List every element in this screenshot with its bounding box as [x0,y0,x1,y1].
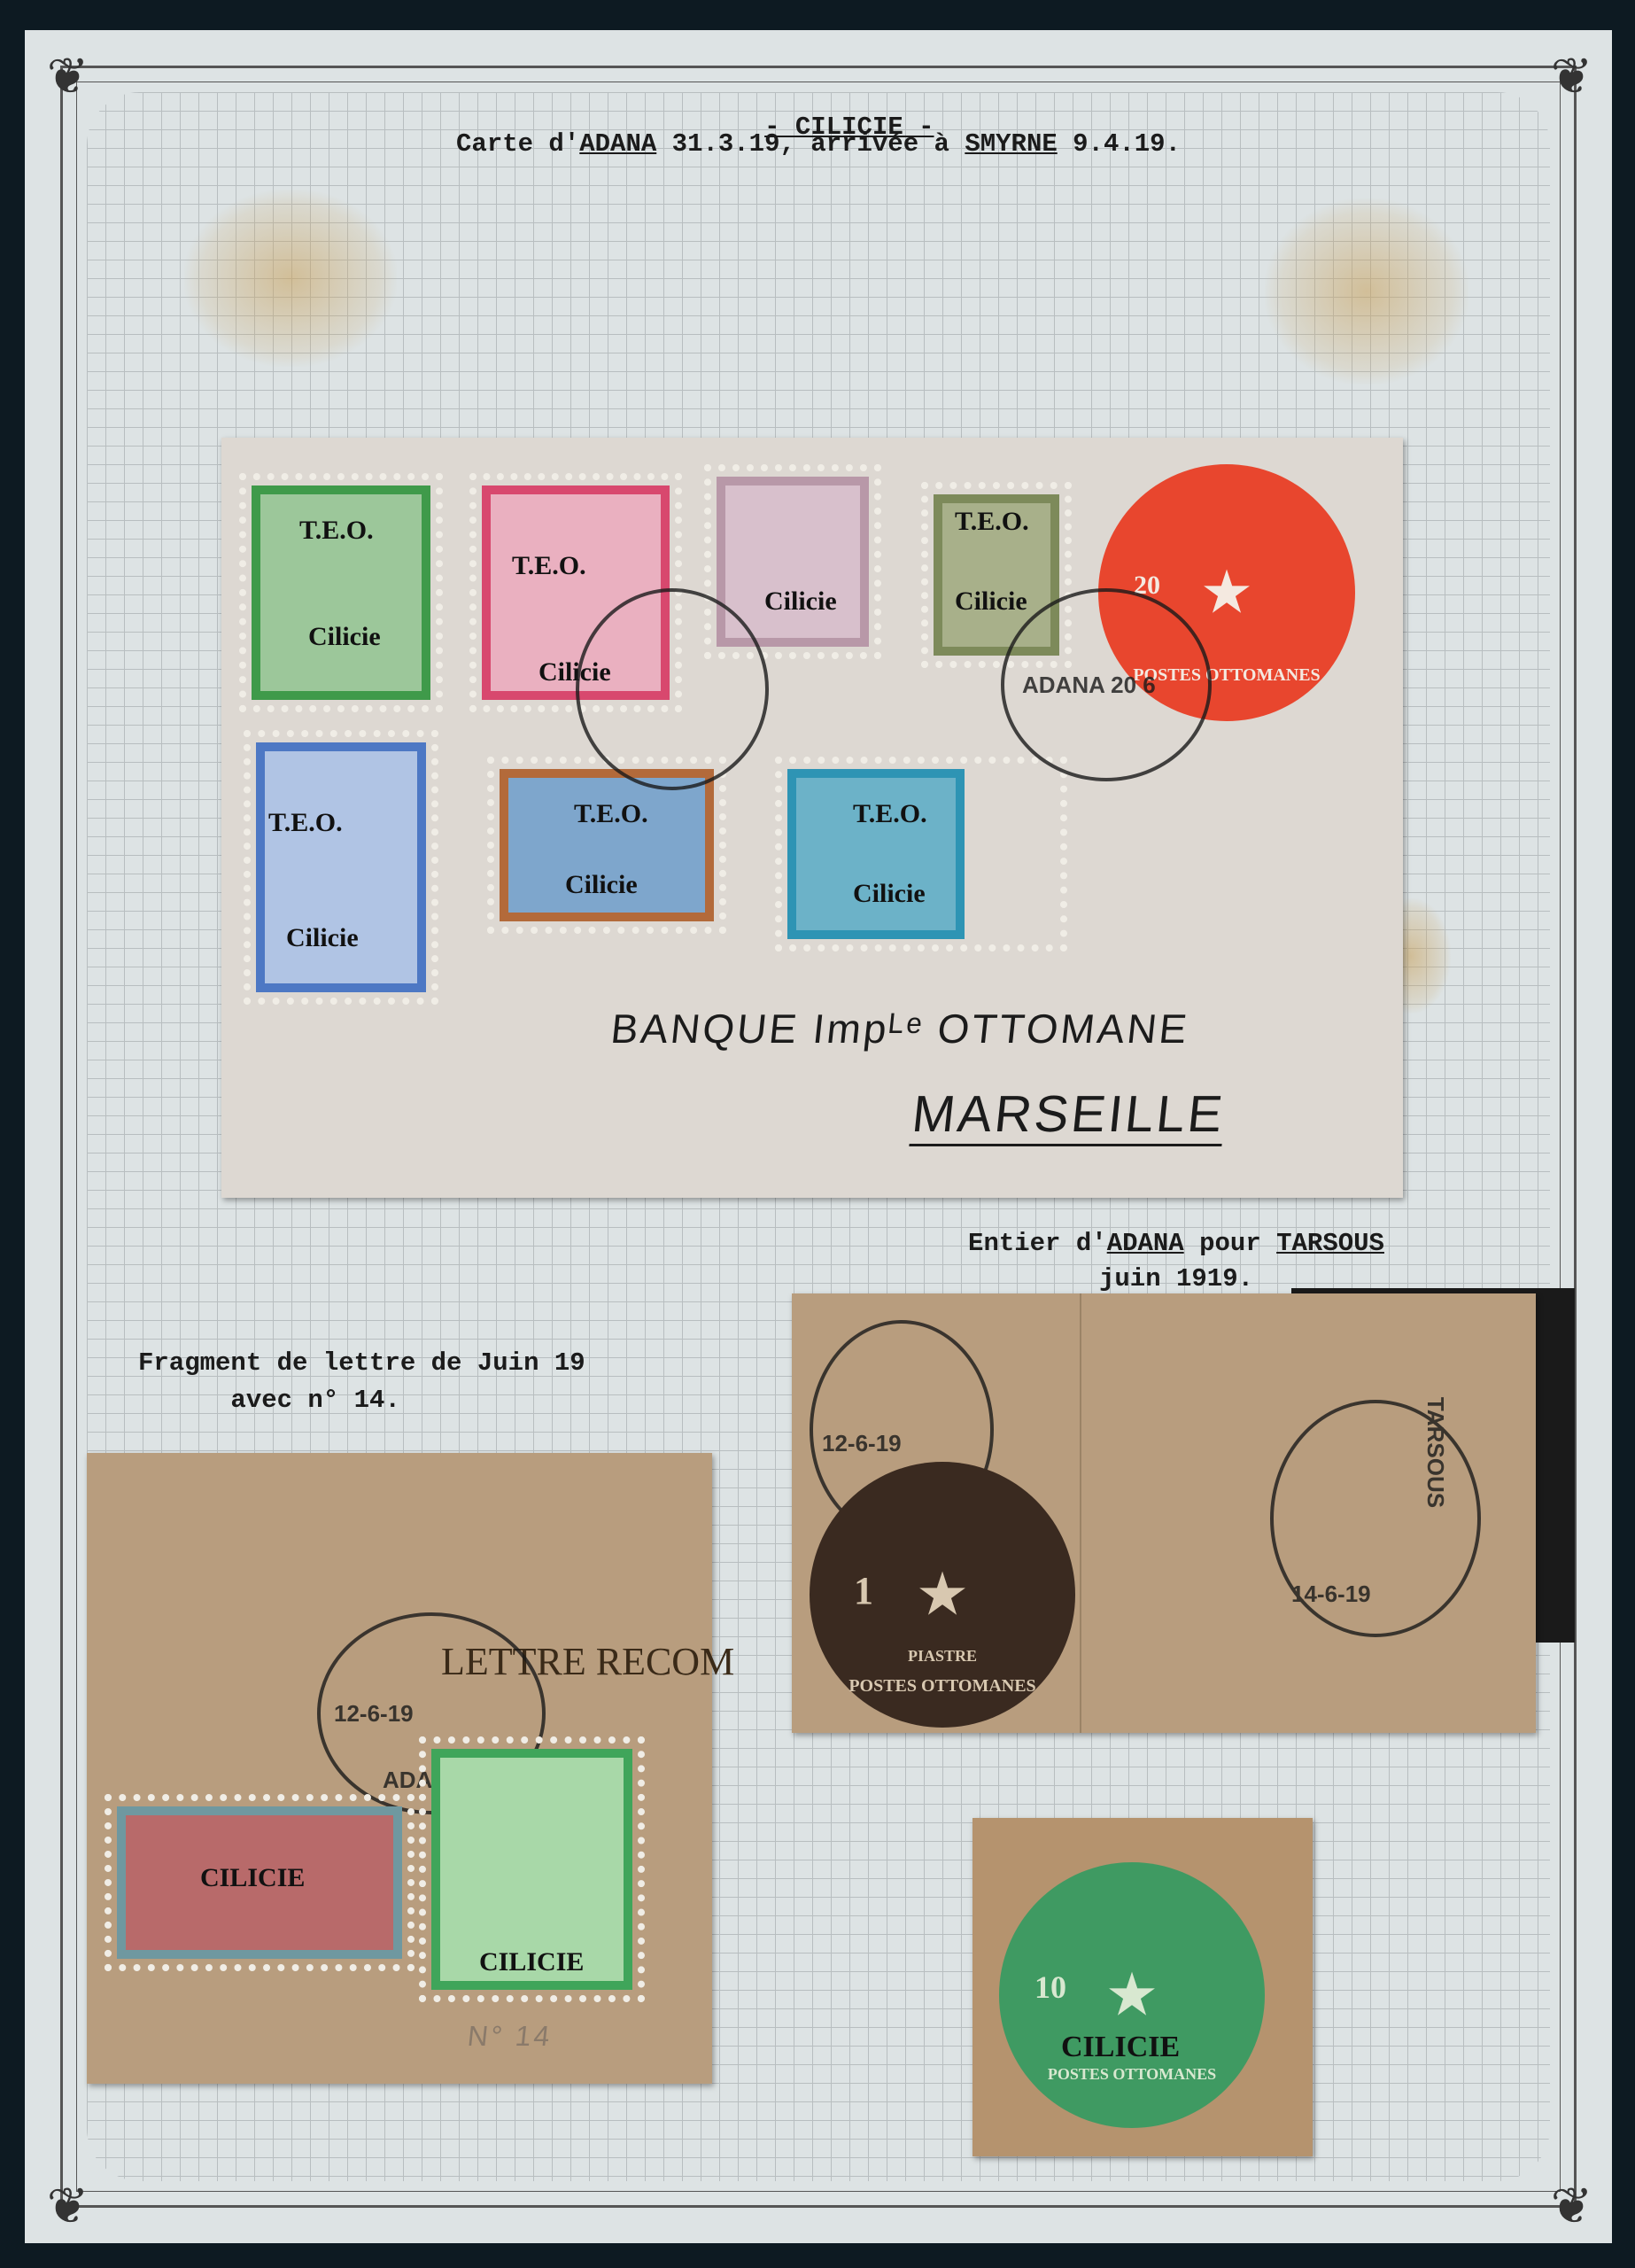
cover-envelope: T.E.O. Cilicie T.E.O. Cilicie Cilicie T.… [221,438,1403,1198]
fold-line [1080,1293,1081,1733]
foxing-stain [184,190,397,367]
stamp: T.E.O. Cilicie [239,473,443,712]
entire-fragment: 12-6-19 ★ 1 PIASTRE POSTES OTTOMANES 14-… [792,1293,1536,1733]
album-page: ❦ ❦ ❦ ❦ - CILICIE - Carte d'ADANA 31.3.1… [25,30,1612,2243]
pencil-note: N° 14 [466,2020,554,2053]
postmark: ADANA 20 6 [1001,588,1212,781]
foxing-stain [1265,198,1468,384]
postmark: 14-6-19 TARSOUS [1270,1400,1481,1637]
address-line-2: MARSEILLE [909,1084,1228,1146]
stationery-stamp: ★ 1 PIASTRE POSTES OTTOMANES [810,1462,1075,1728]
stamp: CILICIE [419,1736,645,2002]
corner-ornament-icon: ❦ [27,2162,106,2241]
page-subtitle: Carte d'ADANA 31.3.19, arrivée à SMYRNE … [25,129,1612,159]
postmark [576,588,769,790]
fragment-caption: Fragment de lettre de Juin 19 avec n° 14… [138,1345,585,1419]
stationery-stamp: ★ 10 POSTES OTTOMANES [999,1862,1265,2128]
stamp: T.E.O. Cilicie [775,757,1067,951]
stamp: T.E.O. Cilicie [244,730,438,1005]
stamp: CILICIE [105,1794,415,1971]
entire-caption: Entier d'ADANA pour TARSOUS juin 1919. [902,1226,1451,1297]
cut-square: ★ 10 POSTES OTTOMANES CILICIE [972,1818,1313,2156]
corner-ornament-icon: ❦ [1530,2162,1610,2241]
letter-fragment: LETTRE RECOM 12-6-19 ADANA CILICIE CILIC… [87,1453,712,2084]
address-line-1: BANQUE Impᴸᵉ OTTOMANE [608,1005,1191,1052]
